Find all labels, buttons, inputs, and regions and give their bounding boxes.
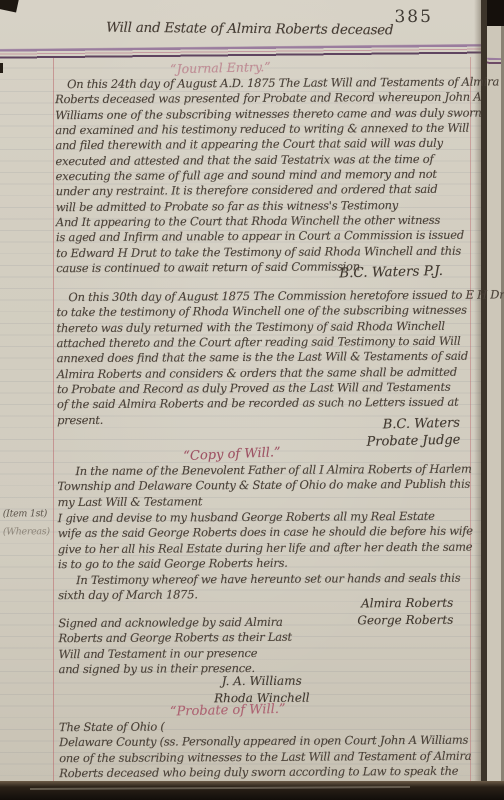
judge-signature: B.C. Waters P.J. bbox=[339, 263, 443, 281]
testator-signature-george: George Roberts bbox=[331, 611, 453, 628]
testator-signature-almira: Almira Roberts bbox=[331, 595, 453, 612]
text-line: of the said Almira Roberts and be record… bbox=[57, 395, 504, 413]
witness-signatures: J. A. Williams Rhoda Winchell bbox=[207, 673, 317, 707]
testator-signatures: Almira Roberts George Roberts bbox=[331, 595, 453, 629]
copy-of-will-heading: “Copy of Will.” bbox=[183, 445, 281, 464]
will-intro-paragraph: In the name of the Benevolent Father of … bbox=[57, 462, 471, 511]
judge-signature-title: Probate Judge bbox=[330, 432, 460, 452]
text-line: my Last Will & Testament bbox=[58, 492, 472, 510]
text-line: Roberts deceased who being duly sworn ac… bbox=[59, 764, 471, 782]
attestation-clause: Signed and acknowledge by said Almira Ro… bbox=[58, 615, 292, 678]
judge-signature-block: B.C. Waters Probate Judge bbox=[330, 415, 461, 452]
text-line: Roberts and George Roberts as their Last bbox=[58, 630, 292, 647]
text-line: In Testimony whereof we have hereunto se… bbox=[58, 571, 460, 589]
text-line: is to go to the said George Roberts heir… bbox=[58, 555, 473, 573]
text-line: give to her all his Real Estate during h… bbox=[58, 539, 473, 557]
margin-note-whereas: (Whereas) bbox=[3, 526, 50, 537]
page-header-title: Will and Estate of Almira Roberts deceas… bbox=[90, 20, 410, 38]
text-line: under any restraint. It is therefore con… bbox=[56, 182, 500, 200]
probate-paragraph: The State of Ohio ( Delaware County (ss.… bbox=[59, 718, 471, 782]
text-line: to Edward H Drut to take the Testimony o… bbox=[56, 243, 500, 261]
witness-signature-williams: J. A. Williams bbox=[207, 673, 317, 690]
margin-note-item-1: (Item 1st) bbox=[3, 508, 47, 519]
will-item-paragraph: I give and devise to my husband George R… bbox=[58, 509, 473, 573]
probate-of-will-heading: “Probate of Will.” bbox=[170, 702, 286, 720]
handwritten-content: 385 Will and Estate of Almira Roberts de… bbox=[0, 0, 504, 800]
text-line: Will and Testament in our presence bbox=[59, 645, 293, 662]
text-line: Township and Delaware County & State of … bbox=[57, 477, 471, 495]
text-line: Signed and acknowledge by said Almira bbox=[58, 615, 292, 632]
journal-entry-heading: “Journal Entry.” bbox=[170, 59, 271, 76]
journal-paragraph-1: On this 24th day of August A.D. 1875 The… bbox=[55, 74, 500, 276]
journal-paragraph-2: On this 30th day of August 1875 The Comm… bbox=[56, 287, 504, 428]
